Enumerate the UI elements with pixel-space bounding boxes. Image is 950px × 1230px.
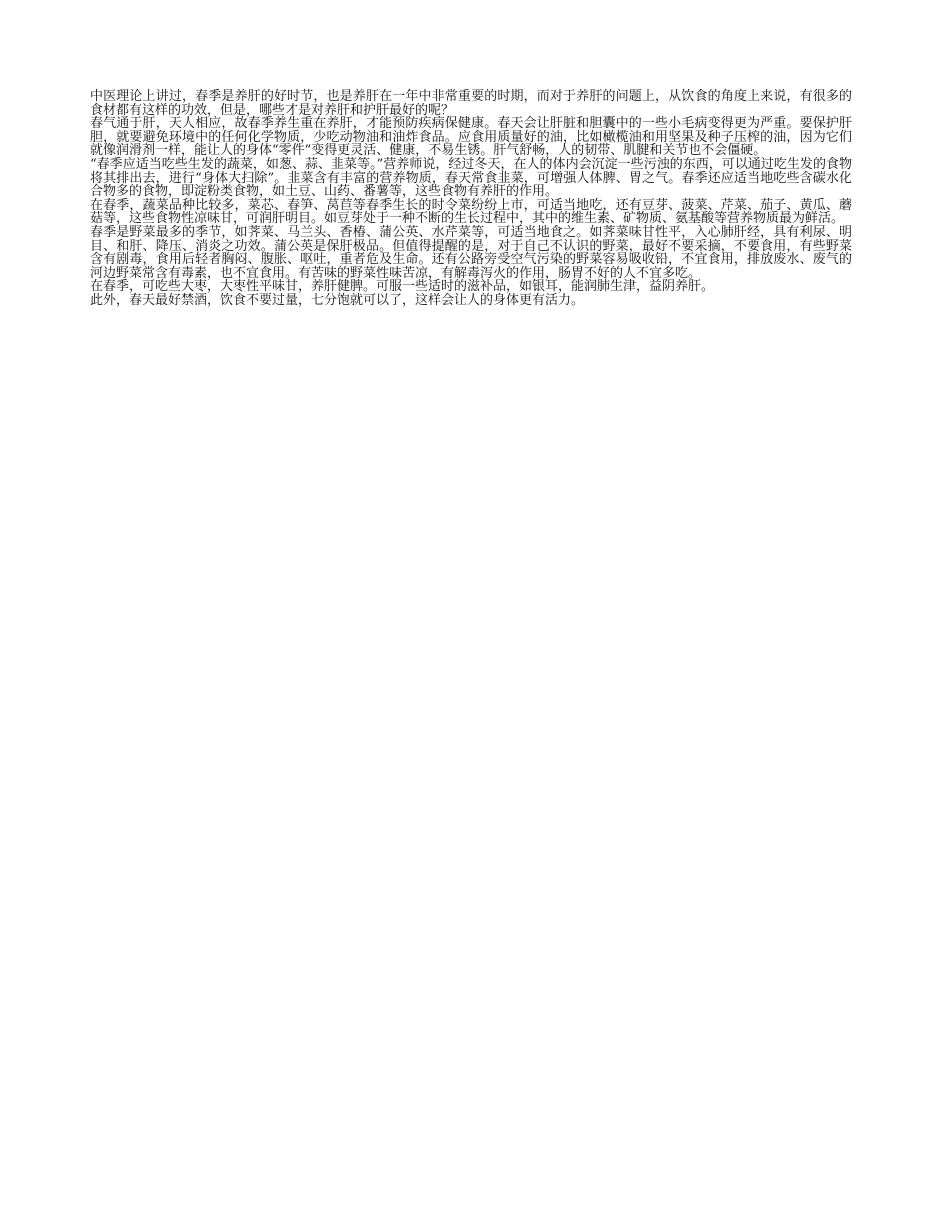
paragraph-intro: 中医理论上讲过，春季是养肝的好时节，也是养肝在一年中非常重要的时期，而对于养肝的… — [90, 90, 852, 117]
paragraph-seasonal-vegetables: 在春季，蔬菜品种比较多，菜芯、春笋、莴苣等春季生长的时令菜纷纷上市，可适当地吃，… — [90, 199, 852, 226]
paragraph-conclusion: 此外，春天最好禁酒，饮食不要过量，七分饱就可以了，这样会让人的身体更有活力。 — [90, 294, 852, 308]
paragraph-sprouting-vegetables: “春季应适当吃些生发的蔬菜，如葱、蒜、韭菜等。”营养师说，经过冬天，在人的体内会… — [90, 158, 852, 199]
document-body: 中医理论上讲过，春季是养肝的好时节，也是养肝在一年中非常重要的时期，而对于养肝的… — [90, 90, 852, 308]
paragraph-jujube-tonics: 在春季，可吃些大枣，大枣性平味甘，养肝健脾。可服一些适时的滋补品，如银耳，能润肺… — [90, 280, 852, 294]
paragraph-wild-vegetables: 春季是野菜最多的季节，如荠菜、马兰头、香椿、蒲公英、水芹菜等，可适当地食之。如荠… — [90, 226, 852, 280]
paragraph-protect-liver: 春气通于肝，天人相应，故春季养生重在养肝，才能预防疾病保健康。春天会让肝脏和胆囊… — [90, 117, 852, 158]
